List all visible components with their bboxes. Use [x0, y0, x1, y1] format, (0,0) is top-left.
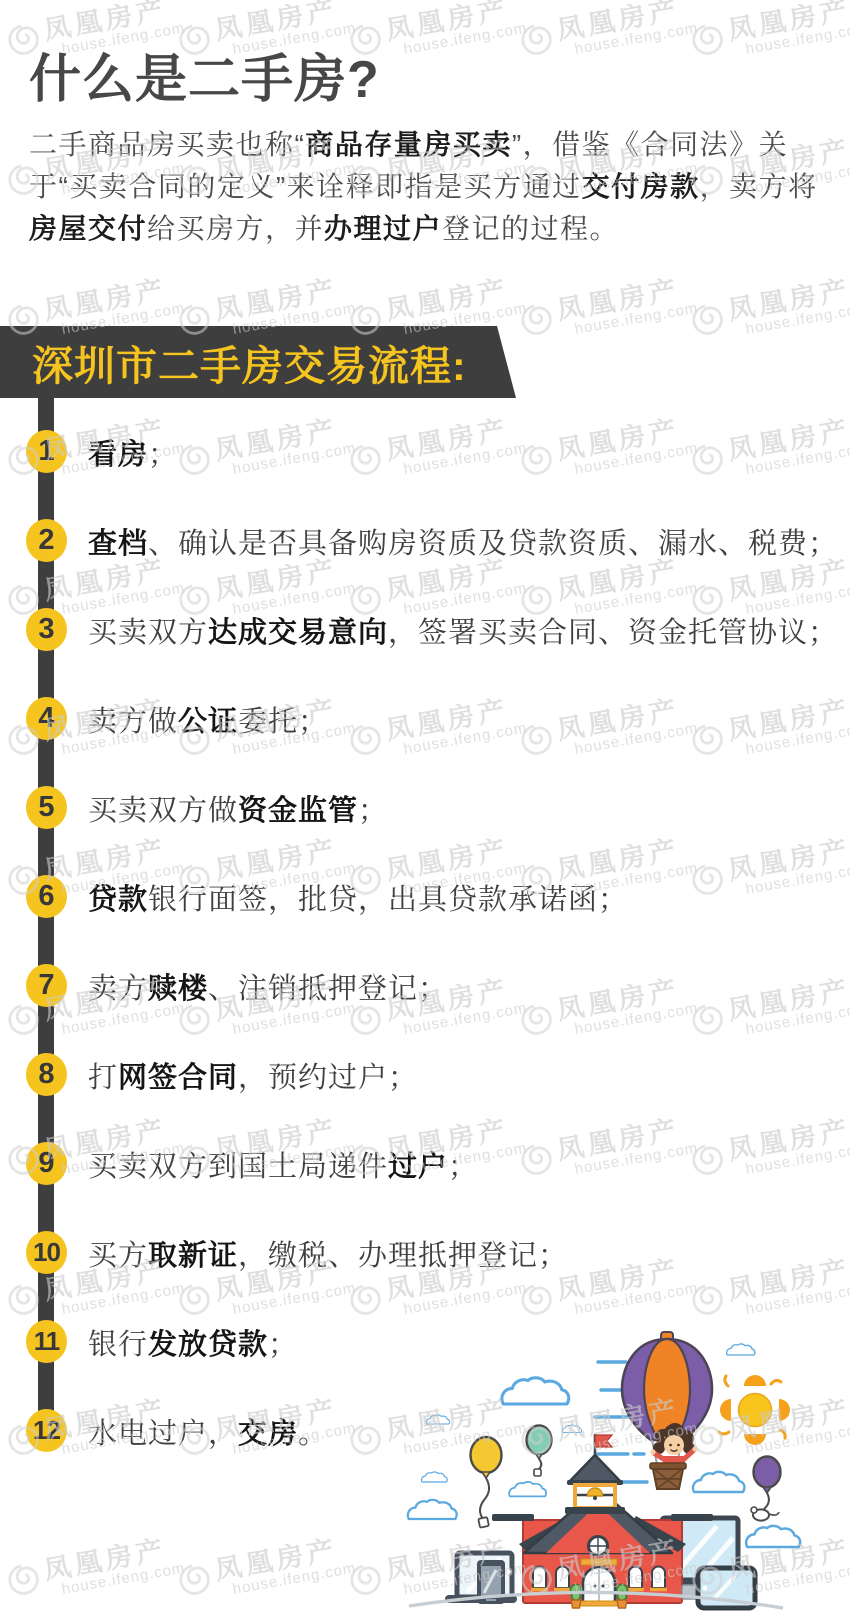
- intro-segment: 给买房方，并: [147, 213, 324, 244]
- intro-segment: ，卖方将: [700, 171, 818, 202]
- step-text: 银行发放贷款；: [88, 1322, 298, 1363]
- timeline-step-1: 1 看房；: [0, 429, 178, 475]
- timeline-step-12: 12 水电过户，交房。: [0, 1408, 328, 1454]
- balloon-icon-green: [527, 1426, 552, 1477]
- bottom-illustration: [395, 1262, 850, 1612]
- step-number-badge: 1: [26, 430, 67, 473]
- step-text: 打网签合同，预约过户；: [88, 1055, 418, 1096]
- step-text: 买卖双方到国土局递件过户；: [88, 1144, 478, 1185]
- watermark: 凤凰房产house.ifeng.com: [517, 973, 700, 1047]
- step-number-badge: 10: [26, 1231, 67, 1274]
- section-banner: 深圳市二手房交易流程:: [0, 326, 520, 398]
- intro-segment-bold: 办理过户: [324, 213, 442, 244]
- watermark: 凤凰房产house.ifeng.com: [688, 693, 850, 767]
- sun-icon: [719, 1375, 790, 1445]
- watermark: 凤凰房产house.ifeng.com: [4, 1533, 187, 1607]
- watermark: 凤凰房产house.ifeng.com: [517, 273, 700, 347]
- watermark: 凤凰房产house.ifeng.com: [517, 1113, 700, 1187]
- intro-paragraph: 二手商品房买卖也称“商品存量房买卖”，借鉴《合同法》关于“买卖合同的定义”来诠释…: [29, 124, 824, 250]
- watermark: 凤凰房产house.ifeng.com: [688, 0, 850, 67]
- watermark: 凤凰房产house.ifeng.com: [346, 413, 529, 487]
- step-number-badge: 5: [26, 786, 67, 829]
- step-text: 买卖双方达成交易意向，签署买卖合同、资金托管协议；: [88, 610, 838, 651]
- timeline-step-4: 4 卖方做公证委托；: [0, 696, 328, 742]
- step-number-badge: 6: [26, 875, 67, 918]
- page-title: 什么是二手房?: [29, 50, 380, 110]
- intro-segment-bold: 商品存量房买卖: [305, 129, 512, 160]
- timeline-step-10: 10 买方取新证，缴税、办理抵押登记；: [0, 1230, 568, 1276]
- watermark: 凤凰房产house.ifeng.com: [346, 693, 529, 767]
- timeline-step-8: 8 打网签合同，预约过户；: [0, 1052, 418, 1098]
- timeline-step-7: 7 卖方赎楼、注销抵押登记；: [0, 963, 448, 1009]
- step-text: 卖方做公证委托；: [88, 699, 328, 740]
- step-number-badge: 3: [26, 608, 67, 651]
- watermark: 凤凰房产house.ifeng.com: [175, 1533, 358, 1607]
- watermark: 凤凰房产house.ifeng.com: [517, 693, 700, 767]
- step-text: 买卖双方做资金监管；: [88, 788, 388, 829]
- timeline-step-11: 11 银行发放贷款；: [0, 1319, 298, 1365]
- step-text: 查档、确认是否具备购房资质及贷款资质、漏水、税费；: [88, 521, 838, 562]
- bell-icon: [587, 1488, 602, 1496]
- hot-air-balloon-illustration: [622, 1332, 712, 1489]
- timeline-step-9: 9 买卖双方到国土局递件过户；: [0, 1141, 478, 1187]
- step-text: 卖方赎楼、注销抵押登记；: [88, 966, 448, 1007]
- watermark: 凤凰房产house.ifeng.com: [688, 833, 850, 907]
- watermark: 凤凰房产house.ifeng.com: [517, 0, 700, 67]
- step-number-badge: 7: [26, 964, 67, 1007]
- watermark: 凤凰房产house.ifeng.com: [688, 1113, 850, 1187]
- intro-segment-bold: 交付房款: [582, 171, 700, 202]
- intro-segment: 二手商品房买卖也称“: [29, 129, 305, 160]
- step-number-badge: 2: [26, 519, 67, 562]
- step-text: 贷款银行面签，批贷，出具贷款承诺函；: [88, 877, 628, 918]
- balloon-icon-purple: [751, 1457, 781, 1521]
- timeline-step-5: 5 买卖双方做资金监管；: [0, 785, 388, 831]
- step-number-badge: 12: [26, 1409, 67, 1452]
- watermark: 凤凰房产house.ifeng.com: [175, 413, 358, 487]
- watermark: 凤凰房产house.ifeng.com: [688, 973, 850, 1047]
- step-text: 看房；: [88, 432, 178, 473]
- step-number-badge: 4: [26, 697, 67, 740]
- step-text: 买方取新证，缴税、办理抵押登记；: [88, 1233, 568, 1274]
- timeline-step-2: 2 查档、确认是否具备购房资质及贷款资质、漏水、税费；: [0, 518, 838, 564]
- section-banner-label: 深圳市二手房交易流程:: [32, 333, 467, 392]
- intro-segment-bold: 房屋交付: [29, 213, 147, 244]
- infographic-page: 什么是二手房? 二手商品房买卖也称“商品存量房买卖”，借鉴《合同法》关于“买卖合…: [0, 0, 850, 1612]
- step-number-badge: 11: [26, 1320, 67, 1363]
- watermark: 凤凰房产house.ifeng.com: [688, 413, 850, 487]
- timeline-step-3: 3 买卖双方达成交易意向，签署买卖合同、资金托管协议；: [0, 607, 838, 653]
- timeline-step-6: 6 贷款银行面签，批贷，出具贷款承诺函；: [0, 874, 628, 920]
- flag-icon: [595, 1435, 612, 1447]
- watermark: 凤凰房产house.ifeng.com: [688, 273, 850, 347]
- intro-segment: 登记的过程。: [442, 213, 619, 244]
- step-number-badge: 8: [26, 1053, 67, 1096]
- step-text: 水电过户，交房。: [88, 1411, 328, 1452]
- watermark: 凤凰房产house.ifeng.com: [517, 413, 700, 487]
- step-number-badge: 9: [26, 1142, 67, 1185]
